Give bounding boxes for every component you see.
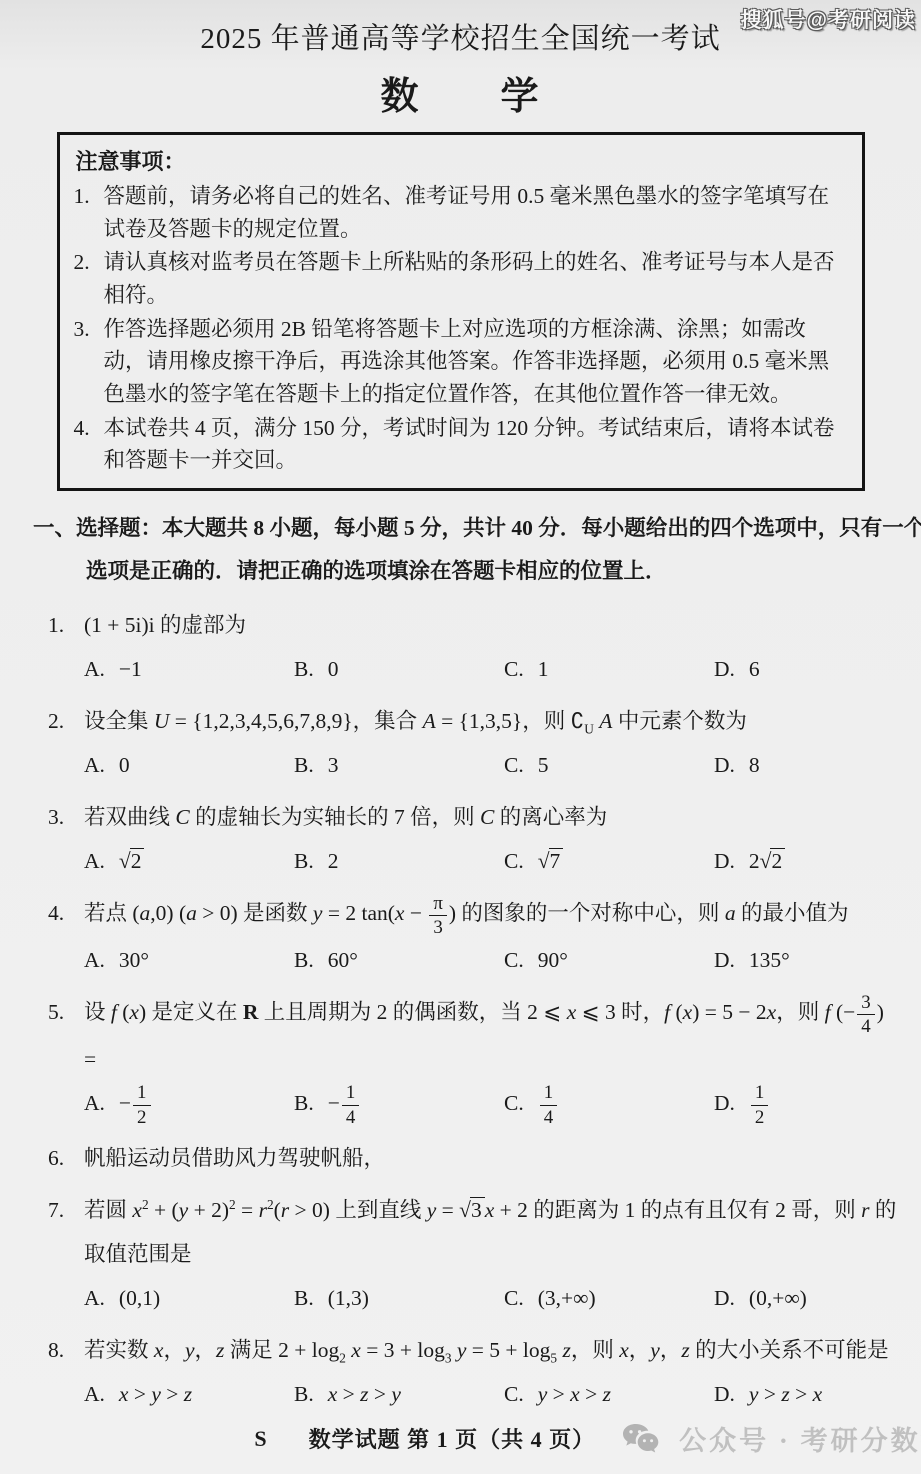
question-options: A.30°B.60°C.90°D.135°	[84, 938, 898, 982]
question-body: 帆船运动员借助风力驾驶帆船，	[84, 1136, 898, 1180]
question-number: 1.	[48, 603, 84, 647]
option-A: A.√2	[84, 839, 294, 883]
option-D: D.8	[714, 743, 760, 787]
notice-box: 注意事项： 1.答题前，请务必将自己的姓名、准考证号用 0.5 毫米黑色墨水的签…	[57, 132, 865, 491]
option-A: A.−12	[84, 1081, 294, 1128]
option-content: 135°	[749, 948, 790, 972]
notice-heading: 注意事项：	[76, 145, 846, 176]
question-options: A.−12B.−14C.14D.12	[84, 1081, 898, 1128]
notice-item-text: 答题前，请务必将自己的姓名、准考证号用 0.5 毫米黑色墨水的签字笔填写在试卷及…	[104, 180, 846, 245]
question: 5. 设 f (x) 是定义在 R 上且周期为 2 的偶函数，当 2 ⩽ x ⩽…	[48, 990, 898, 1128]
option-content: x > y > z	[119, 1382, 192, 1406]
option-B: B.(1,3)	[294, 1276, 504, 1320]
option-label: D.	[714, 753, 735, 777]
question-body: 设全集 U = {1,2,3,4,5,6,7,8,9}，集合 A = {1,3,…	[84, 699, 898, 787]
option-label: D.	[714, 1286, 735, 1310]
option-C: C.1	[504, 647, 714, 691]
option-C: C.y > x > z	[504, 1372, 714, 1416]
option-label: C.	[504, 1286, 524, 1310]
option-B: B.0	[294, 647, 504, 691]
notice-list: 1.答题前，请务必将自己的姓名、准考证号用 0.5 毫米黑色墨水的签字笔填写在试…	[74, 180, 846, 477]
option-A: A.x > y > z	[84, 1372, 294, 1416]
option-C: C.(3,+∞)	[504, 1276, 714, 1320]
option-content: −14	[328, 1091, 362, 1115]
question-stem: 设全集 U = {1,2,3,4,5,6,7,8,9}，集合 A = {1,3,…	[84, 699, 898, 743]
question: 2. 设全集 U = {1,2,3,4,5,6,7,8,9}，集合 A = {1…	[48, 699, 898, 787]
question-number: 4.	[48, 891, 84, 935]
question-number: 2.	[48, 699, 84, 743]
subject-title: 数 学	[0, 65, 921, 120]
option-A: A.(0,1)	[84, 1276, 294, 1320]
option-content: 14	[538, 1091, 559, 1115]
questions-list: 1. (1 + 5i)i 的虚部为 A.−1B.0C.1D.6 2. 设全集 U…	[48, 603, 898, 1416]
option-D: D.6	[714, 647, 760, 691]
question-stem: (1 + 5i)i 的虚部为	[84, 603, 898, 647]
option-content: −12	[119, 1091, 153, 1115]
option-C: C.90°	[504, 938, 714, 982]
option-A: A.30°	[84, 938, 294, 982]
option-content: 30°	[119, 948, 149, 972]
option-content: 8	[749, 753, 760, 777]
notice-item-text: 请认真核对监考员在答题卡上所粘贴的条形码上的姓名、准考证号与本人是否相符。	[104, 246, 846, 311]
option-content: 0	[119, 753, 130, 777]
option-content: 5	[538, 753, 549, 777]
section-one-heading: 一、选择题：本大题共 8 小题，每小题 5 分，共计 40 分．每小题给出的四个…	[33, 507, 921, 593]
notice-item: 3.作答选择题必须用 2B 铅笔将答题卡上对应选项的方框涂满、涂黑；如需改动，请…	[74, 313, 846, 411]
option-content: 0	[328, 657, 339, 681]
option-label: B.	[294, 1091, 314, 1115]
option-content: 1	[538, 657, 549, 681]
question-body: 若双曲线 C 的虚轴长为实轴长的 7 倍，则 C 的离心率为 A.√2B.2C.…	[84, 795, 898, 883]
option-label: A.	[84, 948, 105, 972]
question-stem: 设 f (x) 是定义在 R 上且周期为 2 的偶函数，当 2 ⩽ x ⩽ 3 …	[84, 990, 898, 1081]
option-D: D.y > z > x	[714, 1372, 822, 1416]
question-options: A.x > y > zB.x > z > yC.y > x > zD.y > z…	[84, 1372, 898, 1416]
option-label: B.	[294, 657, 314, 681]
notice-item: 2.请认真核对监考员在答题卡上所粘贴的条形码上的姓名、准考证号与本人是否相符。	[74, 246, 846, 311]
option-content: √2	[119, 848, 145, 873]
option-label: A.	[84, 849, 105, 873]
question-body: 若点 (a,0) (a > 0) 是函数 y = 2 tan(x − π3) 的…	[84, 891, 898, 982]
question: 1. (1 + 5i)i 的虚部为 A.−1B.0C.1D.6	[48, 603, 898, 691]
option-label: B.	[294, 1382, 314, 1406]
option-label: C.	[504, 948, 524, 972]
option-label: D.	[714, 948, 735, 972]
question-stem: 若圆 x2 + (y + 2)2 = r2(r > 0) 上到直线 y = √3…	[84, 1188, 898, 1276]
option-label: B.	[294, 1286, 314, 1310]
option-content: 60°	[328, 948, 358, 972]
option-B: B.3	[294, 743, 504, 787]
wechat-icon	[621, 1422, 667, 1456]
question-stem: 若点 (a,0) (a > 0) 是函数 y = 2 tan(x − π3) 的…	[84, 891, 898, 938]
option-label: A.	[84, 657, 105, 681]
question-stem: 若双曲线 C 的虚轴长为实轴长的 7 倍，则 C 的离心率为	[84, 795, 898, 839]
option-label: A.	[84, 1091, 105, 1115]
option-content: 12	[749, 1091, 770, 1115]
option-content: 2	[328, 849, 339, 873]
option-label: D.	[714, 1382, 735, 1406]
question: 8. 若实数 x，y，z 满足 2 + log2 x = 3 + log3 y …	[48, 1328, 898, 1416]
notice-item-number: 4.	[74, 412, 104, 477]
option-label: A.	[84, 1286, 105, 1310]
option-D: D.12	[714, 1081, 770, 1128]
option-label: A.	[84, 1382, 105, 1406]
footer-page-label: 数学试题 第 1 页（共 4 页）	[309, 1423, 596, 1454]
notice-item: 1.答题前，请务必将自己的姓名、准考证号用 0.5 毫米黑色墨水的签字笔填写在试…	[74, 180, 846, 245]
option-A: A.−1	[84, 647, 294, 691]
option-D: D.(0,+∞)	[714, 1276, 807, 1320]
option-content: y > x > z	[538, 1382, 611, 1406]
option-B: B.−14	[294, 1081, 504, 1128]
exam-paper-page: 搜狐号@考研阅读 2025 年普通高等学校招生全国统一考试 数 学 注意事项： …	[0, 0, 921, 1474]
question-body: (1 + 5i)i 的虚部为 A.−1B.0C.1D.6	[84, 603, 898, 691]
question-number: 7.	[48, 1188, 84, 1232]
notice-item-number: 2.	[74, 246, 104, 311]
option-B: B.x > z > y	[294, 1372, 504, 1416]
option-content: (0,1)	[119, 1286, 160, 1310]
question-options: A.−1B.0C.1D.6	[84, 647, 898, 691]
option-B: B.60°	[294, 938, 504, 982]
footer-wechat-label: 公众号 · 考研分数线	[679, 1419, 921, 1458]
question: 6. 帆船运动员借助风力驾驶帆船，	[48, 1136, 898, 1180]
option-content: 2√2	[749, 848, 785, 873]
option-C: C.14	[504, 1081, 714, 1128]
notice-item-text: 本试卷共 4 页，满分 150 分，考试时间为 120 分钟。考试结束后，请将本…	[104, 412, 846, 477]
option-content: x > z > y	[328, 1382, 401, 1406]
option-content: √7	[538, 848, 564, 873]
option-D: D.135°	[714, 938, 790, 982]
notice-item: 4.本试卷共 4 页，满分 150 分，考试时间为 120 分钟。考试结束后，请…	[74, 412, 846, 477]
option-C: C.5	[504, 743, 714, 787]
question-number: 3.	[48, 795, 84, 839]
option-B: B.2	[294, 839, 504, 883]
option-D: D.2√2	[714, 839, 785, 883]
question: 3. 若双曲线 C 的虚轴长为实轴长的 7 倍，则 C 的离心率为 A.√2B.…	[48, 795, 898, 883]
option-content: (1,3)	[328, 1286, 369, 1310]
option-C: C.√7	[504, 839, 714, 883]
question-body: 设 f (x) 是定义在 R 上且周期为 2 的偶函数，当 2 ⩽ x ⩽ 3 …	[84, 990, 898, 1128]
option-content: 6	[749, 657, 760, 681]
page-footer: S 数学试题 第 1 页（共 4 页） 公众号 · 考研分数线	[142, 1419, 921, 1458]
option-label: D.	[714, 1091, 735, 1115]
question: 7. 若圆 x2 + (y + 2)2 = r2(r > 0) 上到直线 y =…	[48, 1188, 898, 1320]
question-body: 若实数 x，y，z 满足 2 + log2 x = 3 + log3 y = 5…	[84, 1328, 898, 1416]
question-stem: 若实数 x，y，z 满足 2 + log2 x = 3 + log3 y = 5…	[84, 1328, 898, 1372]
notice-item-number: 3.	[74, 313, 104, 411]
option-content: y > z > x	[749, 1382, 822, 1406]
option-content: 3	[328, 753, 339, 777]
option-label: B.	[294, 849, 314, 873]
option-label: D.	[714, 849, 735, 873]
question: 4. 若点 (a,0) (a > 0) 是函数 y = 2 tan(x − π3…	[48, 891, 898, 982]
option-label: A.	[84, 753, 105, 777]
option-content: 90°	[538, 948, 568, 972]
notice-item-text: 作答选择题必须用 2B 铅笔将答题卡上对应选项的方框涂满、涂黑；如需改动，请用橡…	[104, 313, 846, 411]
option-label: C.	[504, 1091, 524, 1115]
question-number: 5.	[48, 990, 84, 1034]
option-A: A.0	[84, 743, 294, 787]
question-options: A.(0,1)B.(1,3)C.(3,+∞)D.(0,+∞)	[84, 1276, 898, 1320]
question-number: 6.	[48, 1136, 84, 1180]
question-stem: 帆船运动员借助风力驾驶帆船，	[84, 1136, 898, 1180]
option-label: C.	[504, 753, 524, 777]
option-label: C.	[504, 1382, 524, 1406]
option-content: (0,+∞)	[749, 1286, 807, 1310]
option-label: C.	[504, 657, 524, 681]
question-body: 若圆 x2 + (y + 2)2 = r2(r > 0) 上到直线 y = √3…	[84, 1188, 898, 1320]
question-number: 8.	[48, 1328, 84, 1372]
option-label: B.	[294, 753, 314, 777]
option-label: B.	[294, 948, 314, 972]
option-content: −1	[119, 657, 142, 681]
notice-item-number: 1.	[74, 180, 104, 245]
option-label: C.	[504, 849, 524, 873]
footer-code: S	[254, 1426, 266, 1452]
option-content: (3,+∞)	[538, 1286, 596, 1310]
watermark-top-right: 搜狐号@考研阅读	[741, 4, 916, 34]
option-label: D.	[714, 657, 735, 681]
question-options: A.√2B.2C.√7D.2√2	[84, 839, 898, 883]
question-options: A.0B.3C.5D.8	[84, 743, 898, 787]
